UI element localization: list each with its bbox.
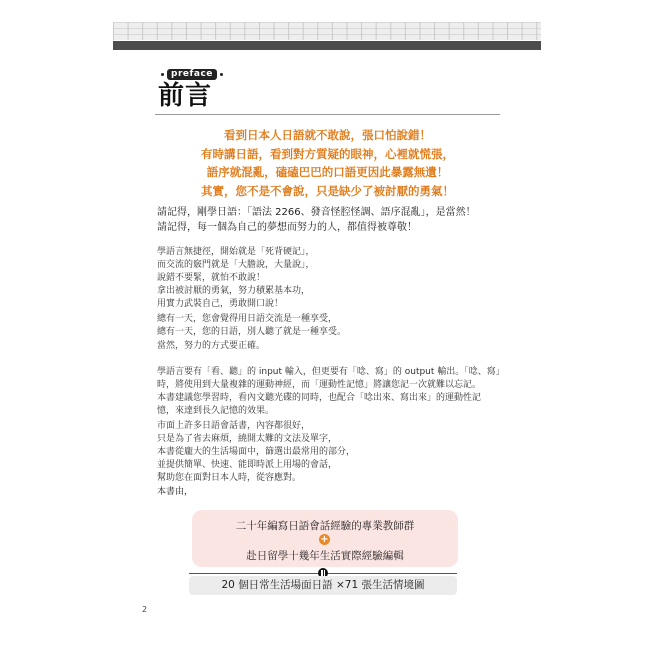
text-line: 本書由， <box>157 486 193 499</box>
preface-tag: preface <box>158 68 226 80</box>
paragraph: 請記得，剛學日語：「語法 2266、發音怪腔怪調、語序混亂」，是當然！ 請記得，… <box>157 206 476 235</box>
text-line: 請記得，剛學日語：「語法 2266、發音怪腔怪調、語序混亂」，是當然！ <box>157 206 476 221</box>
paragraph: 學語言無捷徑，開始就是「死背硬記」， 而交流的竅門就是「大膽說，大量說」， 說錯… <box>157 246 315 311</box>
header-grid-band <box>113 22 541 40</box>
formula-box: 二十年編寫日語會話經驗的專業教師群 + 赴日留學十幾年生活實際經驗編輯 <box>192 510 458 567</box>
text-line: 拿出被討厭的勇氣，努力積累基本功， <box>157 285 315 298</box>
text-line: 幫助您在面對日本人時，從容應對。 <box>157 472 355 485</box>
text-line: 市面上許多日語會話書，內容都很好， <box>157 420 355 433</box>
text-line: 並提供簡單、快速、能即時派上用場的會話， <box>157 459 355 472</box>
intro-line: 語序就混亂，磕磕巴巴的口語更因此暴露無遺！ <box>140 163 515 182</box>
text-line: 請記得，每一個為自己的夢想而努力的人，都值得被尊敬！ <box>157 221 476 236</box>
text-line: 總有一天，您會覺得用日語交流是一種享受， <box>157 313 346 326</box>
paragraph: 本書由， <box>157 486 193 499</box>
text-line: 用實力武裝自己，勇敢開口說！ <box>157 298 315 311</box>
text-line: 時，將使用到大量複雜的運動神經，而「運動性記憶」將讓您記一次就難以忘記。 <box>157 379 505 392</box>
text-line: 而交流的竅門就是「大膽說，大量說」， <box>157 259 315 272</box>
text-line: 說錯不要緊，就怕不敢說！ <box>157 272 315 285</box>
paragraph: 學語言要有「看、聽」的 input 輸入，但更要有「唸、寫」的 output 輸… <box>157 366 505 418</box>
intro-highlight: 看到日本人日語就不敢說，張口怕說錯！ 有時講日語，看到對方質疑的眼神，心裡就慌張… <box>140 126 515 200</box>
paragraph: 市面上許多日語會話書，內容都很好， 只是為了省去麻煩，繞開太難的文法及單字， 本… <box>157 420 355 485</box>
paragraph: 總有一天，您會覺得用日語交流是一種享受， 總有一天，您的日語，別人聽了就是一種享… <box>157 313 346 339</box>
text-line: 總有一天，您的日語，別人聽了就是一種享受。 <box>157 326 346 339</box>
formula-line-2: 赴日留學十幾年生活實際經驗編輯 <box>192 548 458 563</box>
text-line: 本書建議您學習時，看內文聽光碟的同時，也配合「唸出來、寫出來」的運動性記 <box>157 392 505 405</box>
page-title: 前言 <box>158 82 212 110</box>
text-line: 當然，努力的方式要正確。 <box>157 340 265 353</box>
formula-line-1: 二十年編寫日語會話經驗的專業教師群 <box>192 518 458 533</box>
header-dark-band <box>113 41 541 50</box>
text-line: 只是為了省去麻煩，繞開太難的文法及單字， <box>157 433 355 446</box>
page-number: 2 <box>142 605 147 614</box>
text-line: 憶，來達到長久記憶的效果。 <box>157 405 505 418</box>
text-line: 本書從龐大的生活場面中，篩選出最常用的部分， <box>157 446 355 459</box>
title-divider <box>155 114 500 115</box>
plus-icon: + <box>319 534 330 545</box>
paragraph: 當然，努力的方式要正確。 <box>157 340 265 353</box>
text-line: 學語言要有「看、聽」的 input 輸入，但更要有「唸、寫」的 output 輸… <box>157 366 505 379</box>
text-line: 學語言無捷徑，開始就是「死背硬記」， <box>157 246 315 259</box>
intro-line: 其實，您不是不會說，只是缺少了被討厭的勇氣！ <box>140 182 515 201</box>
preface-label: preface <box>167 69 217 80</box>
intro-line: 有時講日語，看到對方質疑的眼神，心裡就慌張， <box>140 145 515 164</box>
dot-icon <box>161 73 164 76</box>
intro-line: 看到日本人日語就不敢說，張口怕說錯！ <box>140 126 515 145</box>
formula-result: 20 個日常生活場面日語 ×71 張生活情境圖 <box>189 576 457 595</box>
dot-icon <box>220 73 223 76</box>
